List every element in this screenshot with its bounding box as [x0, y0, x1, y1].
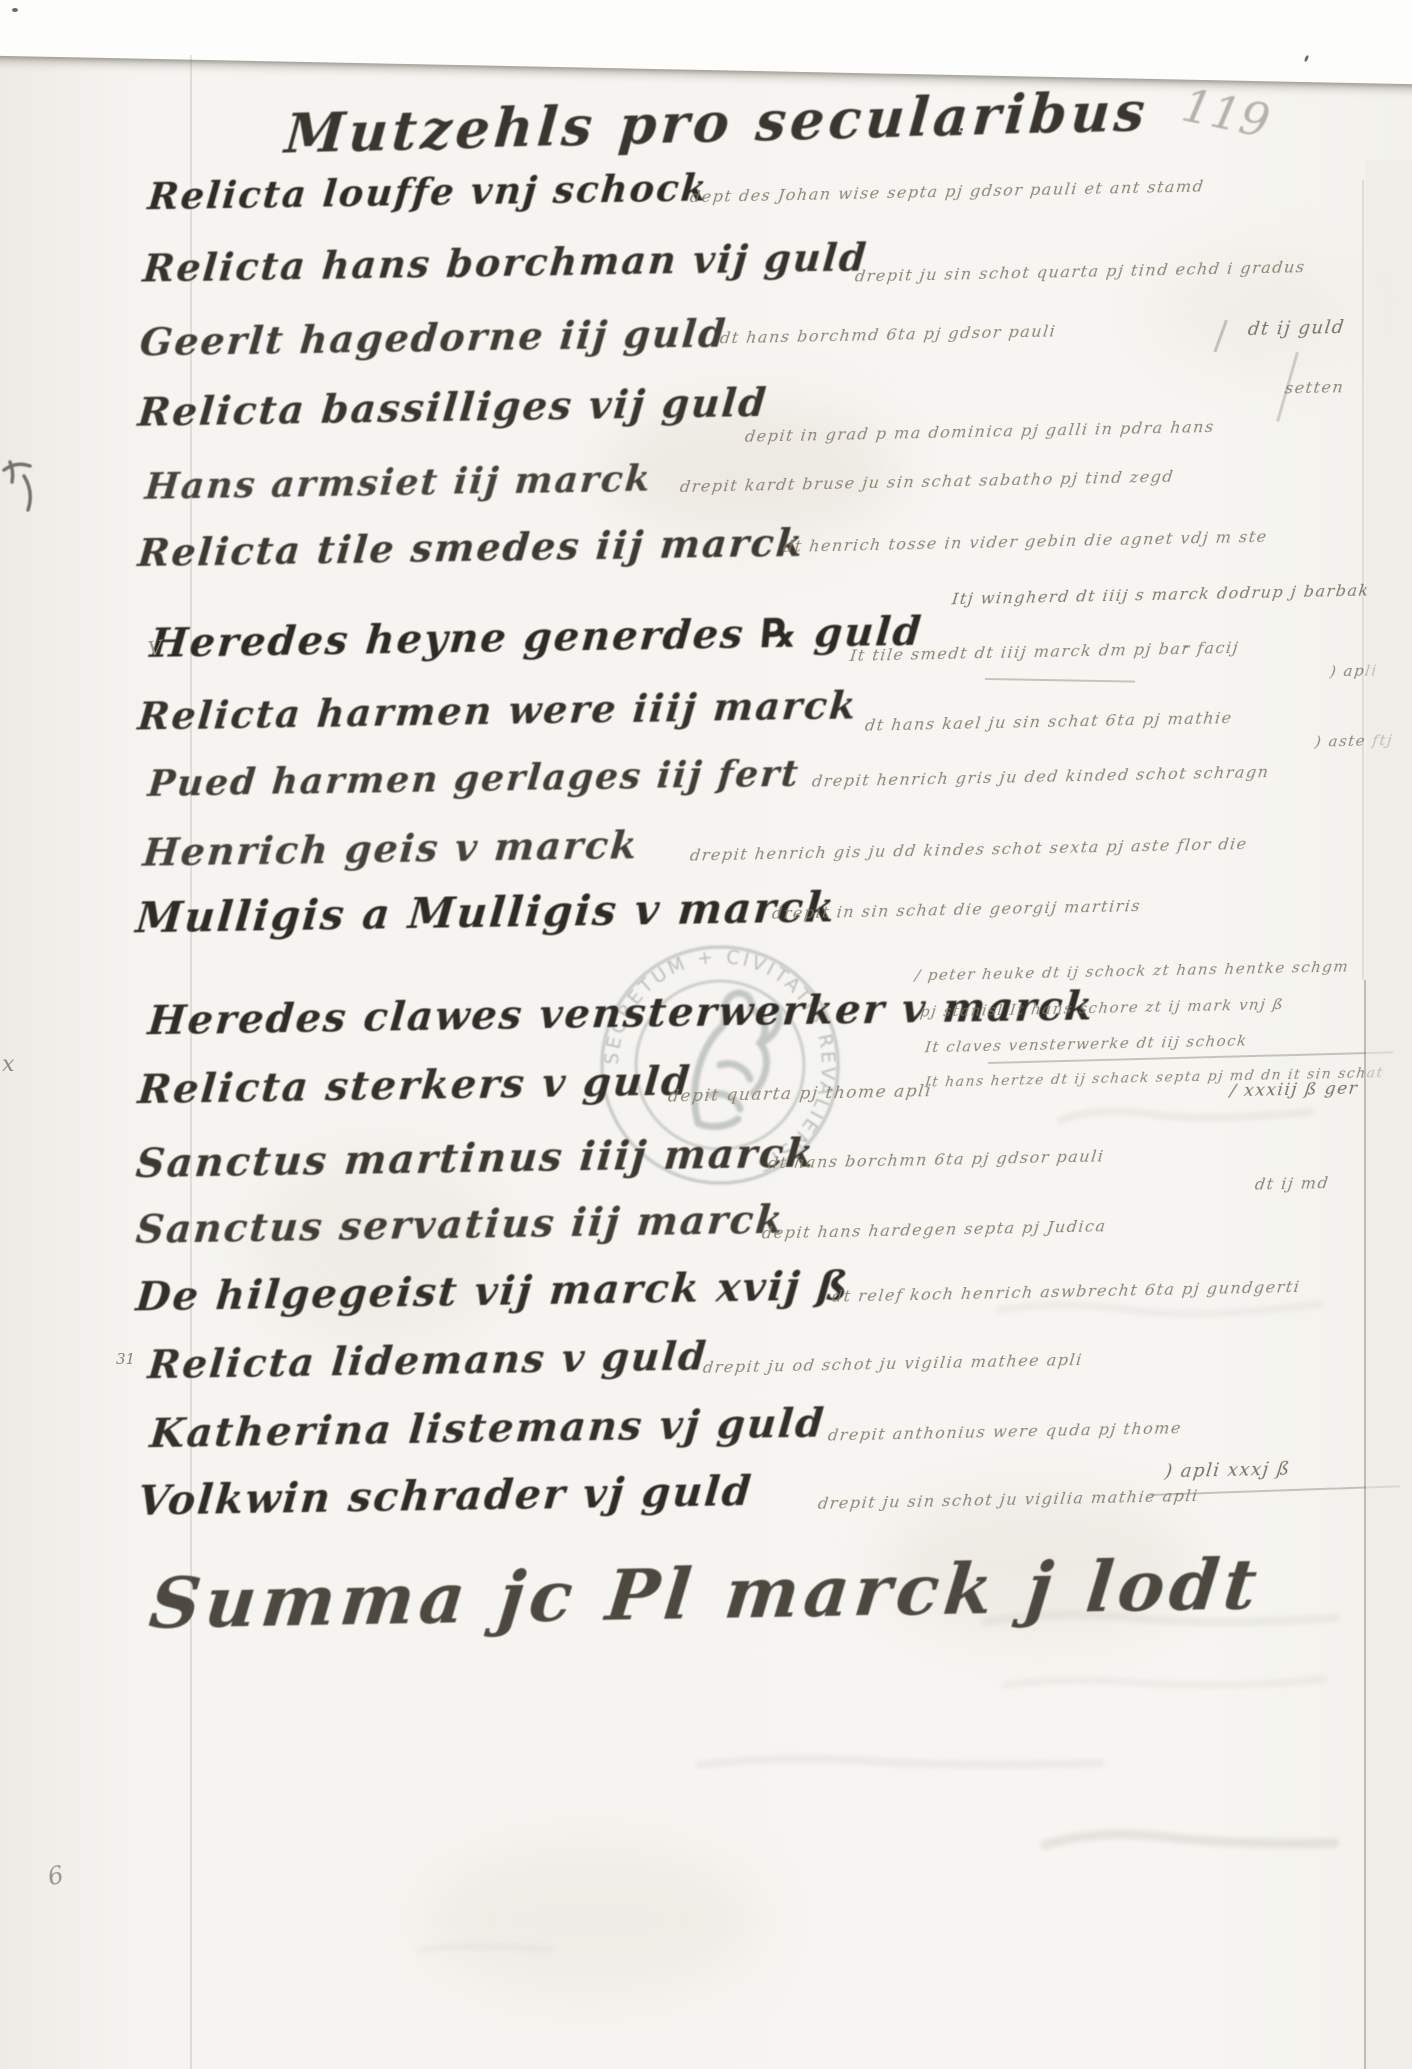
entry-name-amount: Volkwin schrader vj guld — [136, 1467, 755, 1525]
entry-annotation-above: setten — [1284, 377, 1346, 397]
right-page-margin — [1366, 160, 1412, 2069]
margin-number: 31 — [116, 1350, 135, 1368]
entry-name-amount: Geerlt hagedorne iij guld — [138, 310, 729, 364]
right-page-edge — [1364, 980, 1366, 2069]
margin-checkmark: V — [146, 635, 164, 661]
margin-mark-illegible — [0, 450, 44, 520]
ink-speck — [12, 8, 18, 12]
right-page-edge-upper — [1362, 180, 1364, 980]
ink-speck — [960, 128, 963, 131]
entry-name-amount: Relicta lidemans v guld — [146, 1334, 710, 1389]
entry-annotation-right: / xxxiij ß ger — [1229, 1079, 1360, 1102]
entry-name-amount: Relicta louffe vnj schock — [146, 166, 710, 219]
margin-cross: x — [2, 1052, 14, 1077]
entry-annotation-below: ) apli xxxj ß — [1164, 1459, 1292, 1483]
entry-name-amount: Relicta sterkers v guld — [136, 1058, 693, 1114]
manuscript-page: SECRETUM + CIVITATIS REVALIENSIS Mutzehl… — [0, 0, 1412, 2069]
entry-annotation-right: dt ij md — [1254, 1173, 1331, 1194]
ink-speck — [1185, 645, 1188, 648]
entry-annotation-right: dt ij guld — [1247, 317, 1346, 340]
gutter-crease-line — [190, 55, 192, 2069]
entry-name-amount: Henrich geis v marck — [141, 822, 641, 875]
entry-name-amount: Hans armsiet iij marck — [143, 458, 654, 508]
